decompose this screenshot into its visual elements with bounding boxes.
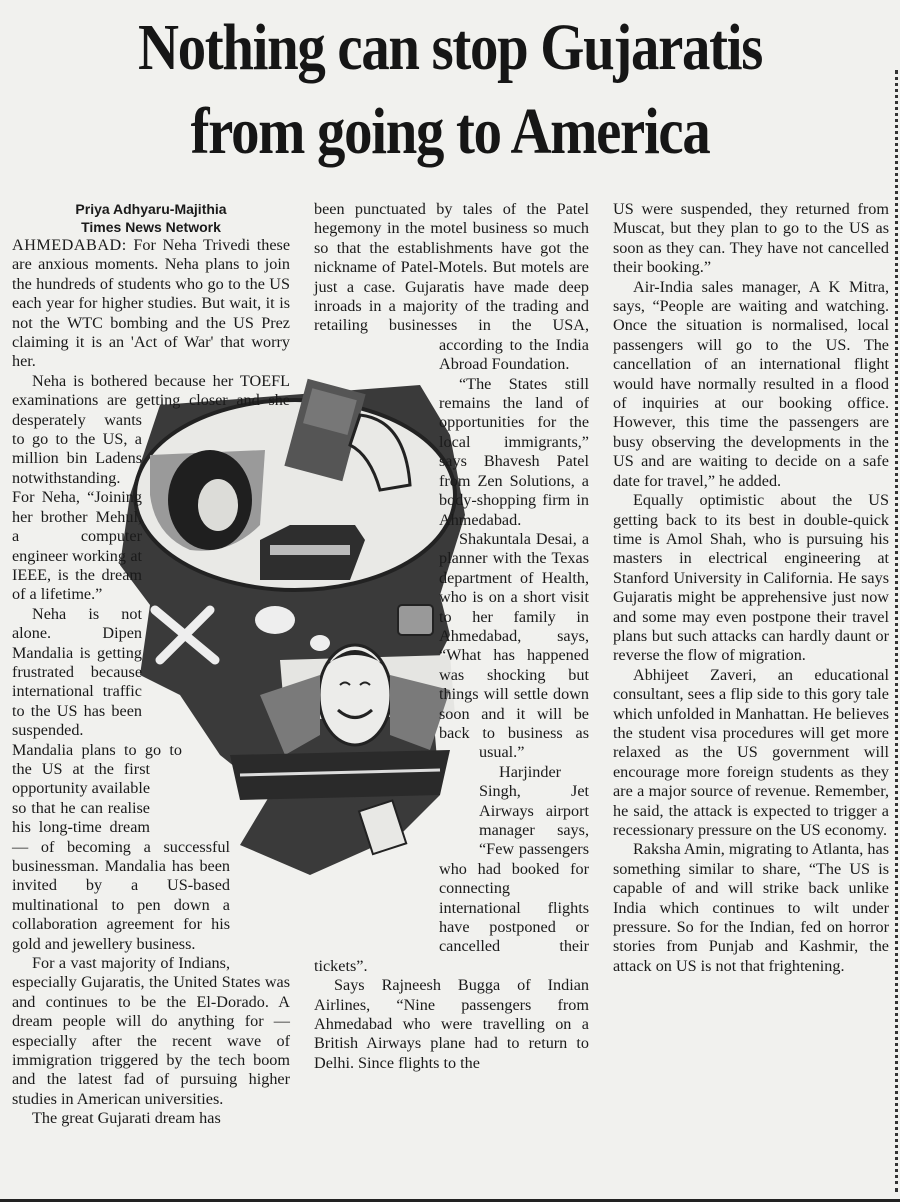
paragraph: For a vast majority of Indians, especial…	[12, 954, 290, 1109]
paragraph: Air-India sales manager, A K Mitra, says…	[613, 278, 889, 491]
paragraph: Says Rajneesh Bugga of Indian Airlines, …	[314, 976, 589, 1073]
paragraph: US were suspended, they returned from Mu…	[613, 200, 889, 278]
paragraph: been punctuated by tales of the Patel he…	[314, 200, 589, 375]
headline-line-2: from going to America	[63, 90, 837, 174]
paragraph: AHMEDABAD: For Neha Trivedi these are an…	[12, 236, 290, 372]
article-column-2: been punctuated by tales of the Patel he…	[314, 200, 589, 1073]
column-divider	[895, 70, 898, 1192]
paragraph: Raksha Amin, migrating to Atlanta, has s…	[613, 840, 889, 976]
dateline: AHMEDABAD:	[12, 236, 127, 254]
paragraph: Equally optimistic about the US getting …	[613, 491, 889, 666]
headline: Nothing can stop Gujaratis from going to…	[63, 6, 837, 174]
paragraph: Abhijeet Zaveri, an educational consulta…	[613, 666, 889, 841]
paragraph: The great Gujarati dream has	[12, 1109, 290, 1128]
article-column-3: US were suspended, they returned from Mu…	[613, 200, 889, 976]
article-column-1: Priya Adhyaru-Majithia Times News Networ…	[12, 200, 290, 1129]
byline-agency: Times News Network	[12, 218, 290, 236]
headline-line-1: Nothing can stop Gujaratis	[63, 6, 837, 90]
byline-author: Priya Adhyaru-Majithia	[12, 200, 290, 218]
